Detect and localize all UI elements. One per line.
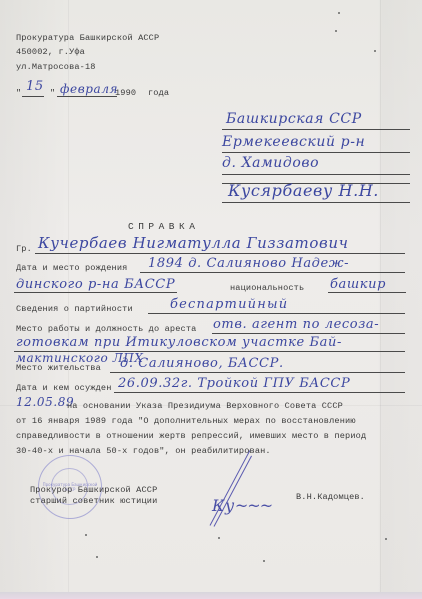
underline [222,152,410,153]
date-suffix: года [148,89,169,98]
underline [114,392,405,393]
date-open-quote: " [16,89,21,98]
recipient-republic: Башкирская ССР [226,112,362,126]
work-value-2: готовкам при Итикуловском участке Бай- [16,336,342,349]
scan-speck [85,534,87,536]
underline [140,272,405,273]
underline [148,313,405,314]
paper-fold [380,0,381,599]
recipient-district: Ермекеевский р-н [222,135,365,149]
scan-edge [0,592,422,599]
residence-label: Место жительства [16,364,101,373]
date-close-quote: " [50,89,55,98]
recipient-village: д. Хамидово [222,156,319,170]
rehabilitation-date: 12.05.89 [16,396,74,408]
signatory-position-1: Прокурор Башкирской АССР [30,486,157,495]
citizen-name: Кучербаев Нигматулла Гиззатович [38,236,349,251]
birth-value-2: динского р-на БАССР [16,278,175,291]
issuer-name: Прокуратура Башкирской АССР [16,34,159,43]
signature-scrawl: Ку~~~ [212,498,272,514]
underline [222,174,410,175]
document-title: СПРАВКА [128,222,199,232]
birth-value-1: 1894 д. Салияново Надеж- [148,257,349,270]
scan-speck [263,560,265,562]
date-year: 1990 [115,89,136,98]
signature-stroke [214,456,252,527]
scan-speck [385,538,387,540]
statement-line-1: на основании Указа Президиума Верховного… [67,402,343,411]
residence-value: д. Салияново, БАССР. [120,357,284,370]
party-label: Сведения о партийности [16,305,133,314]
scan-speck [96,556,98,558]
nationality-label: национальность [230,284,304,293]
work-value-1: отв. агент по лесоза- [213,318,379,331]
work-label: Место работы и должность до ареста [16,325,196,334]
birth-label: Дата и место рождения [16,264,127,273]
underline [222,129,410,130]
underline [328,292,406,293]
nationality-value: башкир [330,278,386,291]
underline [212,333,405,334]
underline [22,96,44,97]
signatory-name: В.Н.Кадомцев. [296,493,365,502]
issuer-street: ул.Матросова-18 [16,63,96,72]
convicted-label: Дата и кем осужден [16,384,112,393]
scan-speck [218,537,220,539]
date-day: 15 [26,80,44,93]
statement-line-3: справедливости в отношении жертв репресс… [16,432,366,441]
statement-line-2: от 16 января 1989 года "О дополнительных… [16,417,356,426]
signatory-position-2: старший советник юстиции [30,497,157,506]
citizen-label: Гр. [16,245,32,254]
convicted-value: 26.09.32г. Тройкой ГПУ БАССР [118,377,350,390]
certificate-page: Прокуратура Башкирской АССР 450002, г.Уф… [0,0,422,599]
underline [35,253,405,254]
scan-speck [374,50,376,52]
scan-speck [335,30,337,32]
statement-line-4: 30-40-х и начала 50-х годов", он реабили… [16,447,271,456]
underline [57,96,117,97]
recipient-name: Кусярбаеву Н.Н. [228,183,379,199]
scan-speck [338,12,340,14]
issuer-postcode-city: 450002, г.Уфа [16,48,85,57]
date-month: февраля [60,83,118,95]
underline [222,202,410,203]
party-value: беспартийный [170,298,288,311]
underline [14,292,177,293]
underline [110,372,405,373]
